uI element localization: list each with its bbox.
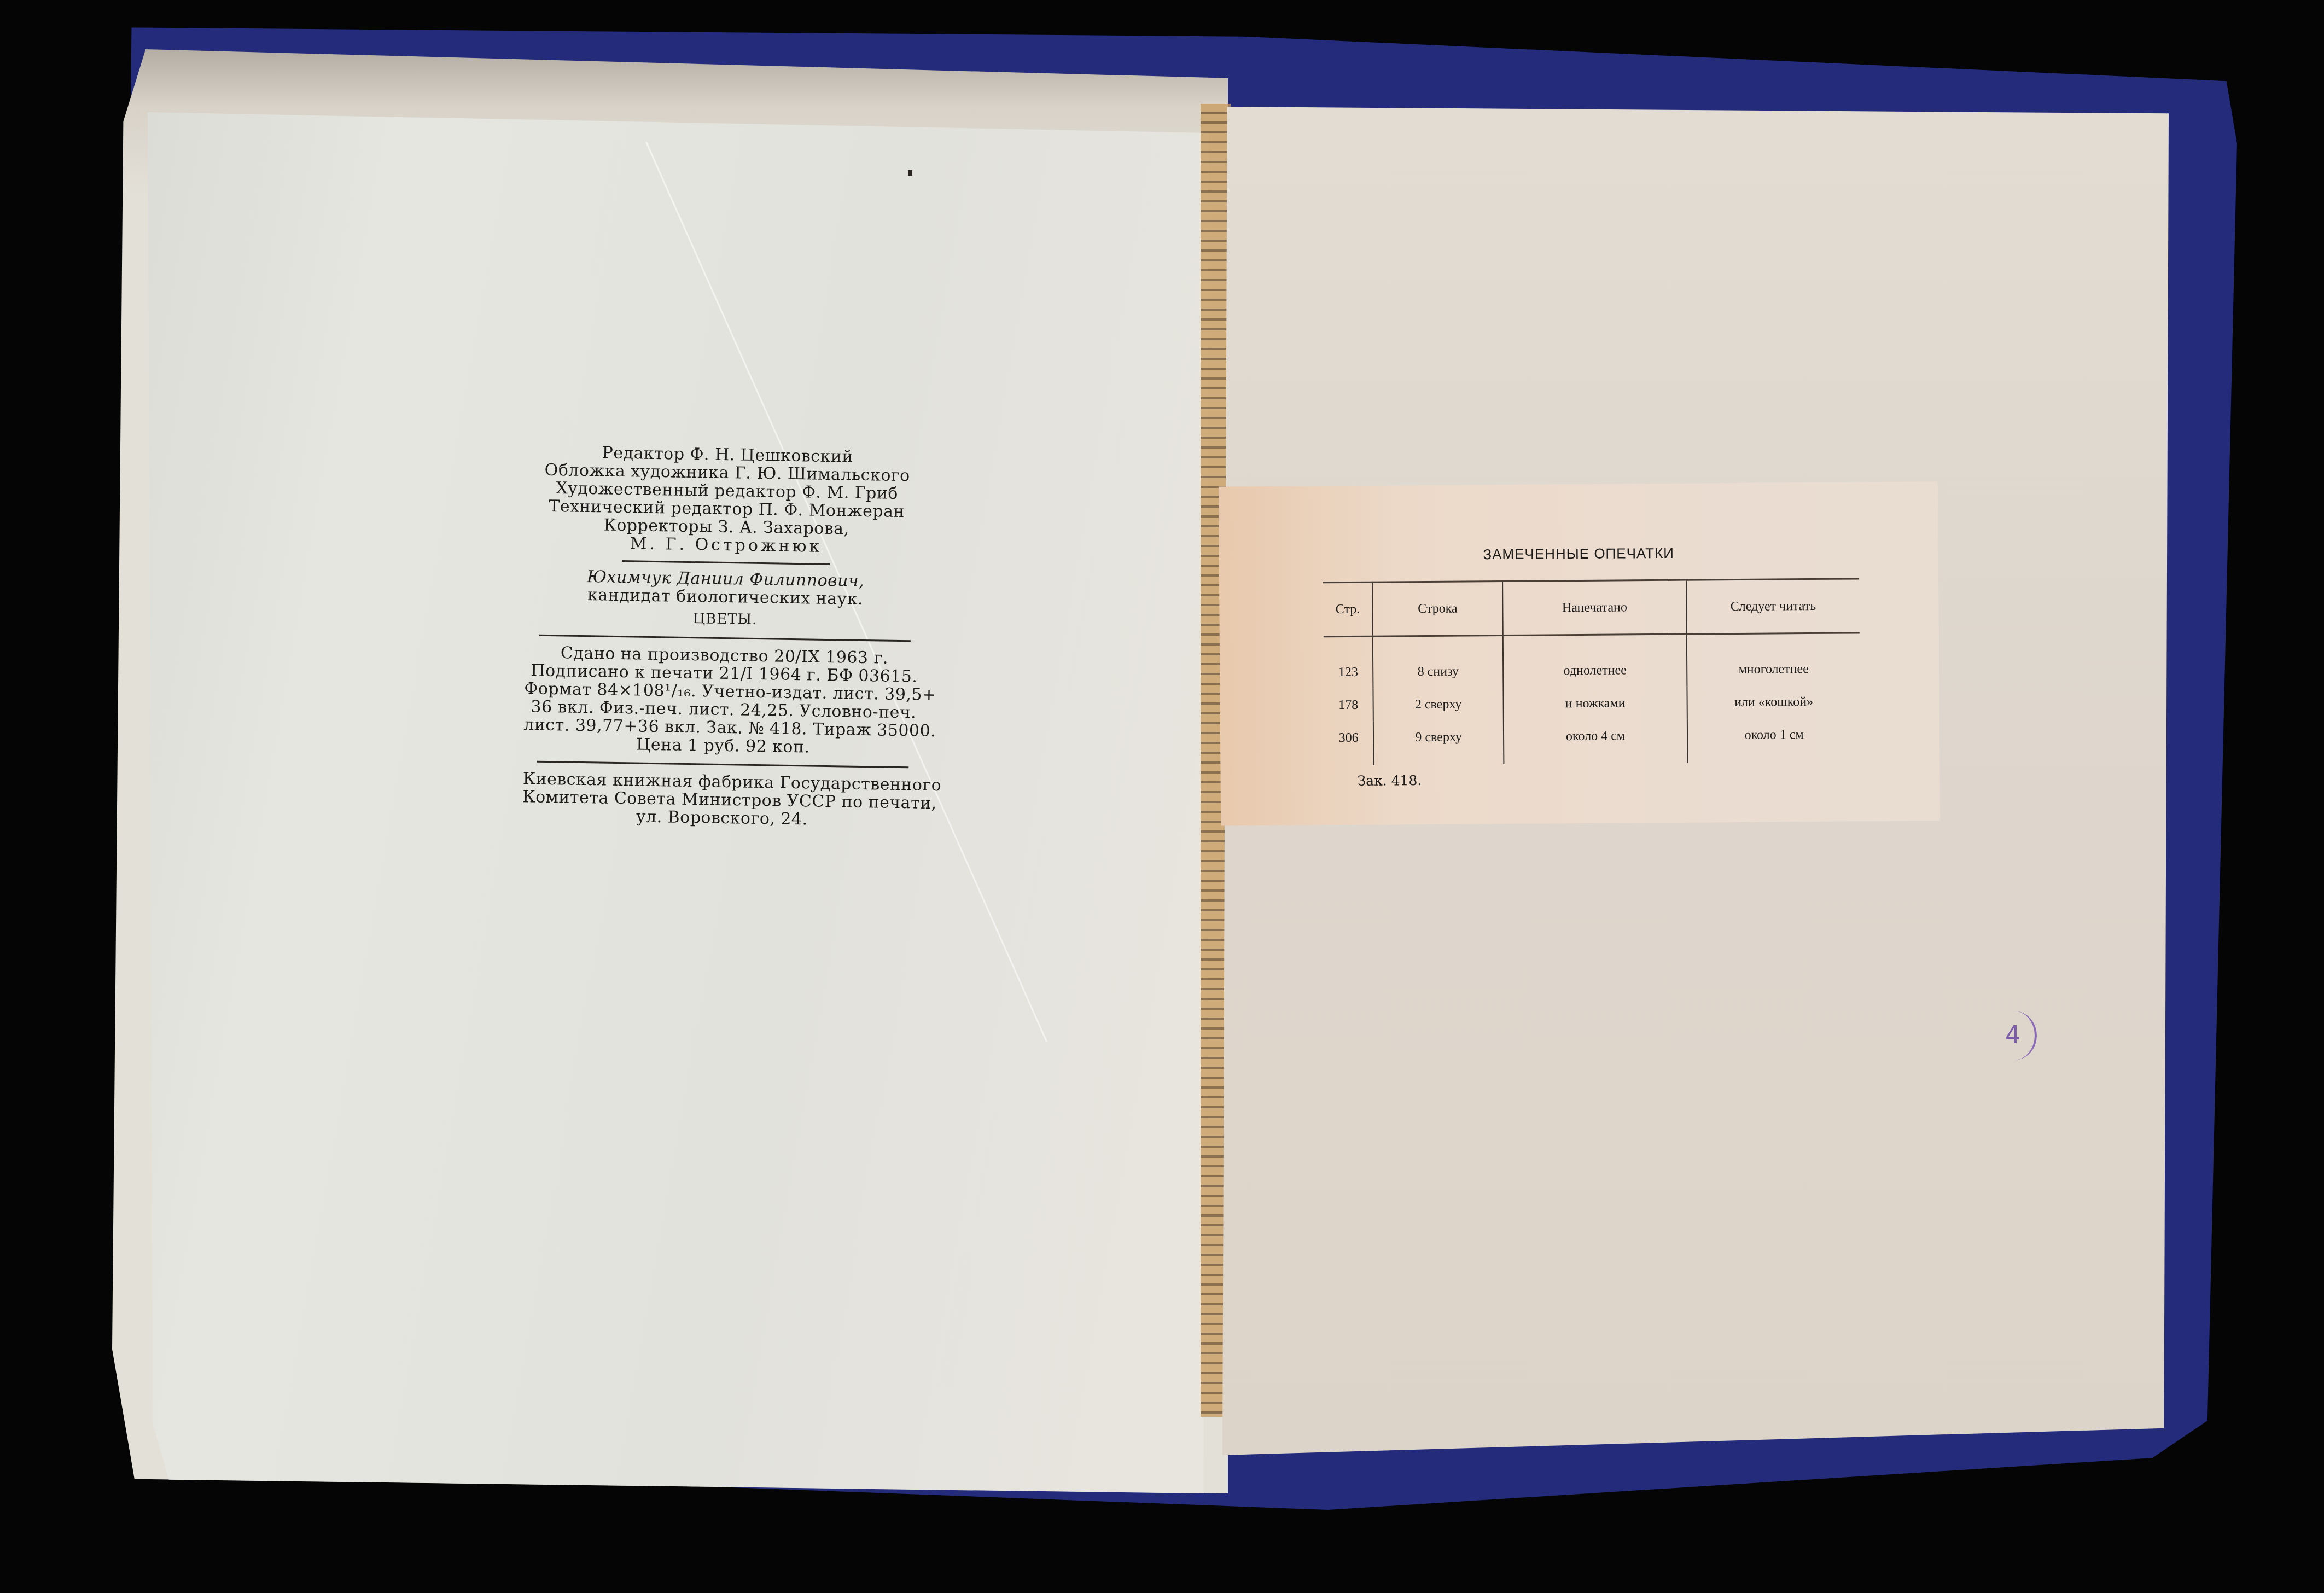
cell-line: 9 сверху: [1373, 720, 1504, 765]
divider: [622, 560, 830, 565]
column-header-printed: Напечатано: [1502, 580, 1687, 635]
column-header-line: Строка: [1372, 581, 1502, 636]
cell-printed: однолетнее: [1503, 634, 1687, 688]
cell-page: 306: [1324, 722, 1374, 766]
cell-printed: и ножками: [1503, 687, 1687, 720]
cell-line: 8 снизу: [1373, 635, 1503, 688]
errata-table: Стр. Строка Напечатано Следует читать 12…: [1323, 578, 1860, 765]
ink-speck: [908, 170, 912, 176]
table-row: 178 2 сверху и ножками или «кошкой»: [1324, 685, 1860, 722]
printer-block: Киевская книжная фабрика Государственног…: [522, 770, 922, 830]
cell-page: 178: [1324, 689, 1373, 722]
divider: [539, 635, 911, 642]
colophon: Редактор Ф. Н. Цешковский Обложка художн…: [522, 443, 928, 830]
cell-page: 123: [1324, 636, 1373, 689]
column-header-should-read: Следует читать: [1686, 579, 1860, 634]
divider: [537, 761, 908, 769]
errata-slip: ЗАМЕЧЕННЫЕ ОПЕЧАТКИ Стр. Строка Напечата…: [1219, 481, 1940, 825]
cell-printed: около 4 см: [1504, 719, 1688, 764]
column-header-page: Стр.: [1323, 582, 1373, 637]
cell-should-read: около 1 см: [1687, 718, 1861, 763]
imprint-block: Сдано на производство 20/IX 1963 г. Подп…: [523, 643, 924, 758]
book-title: ЦВЕТЫ.: [525, 607, 924, 631]
table-row: 306 9 сверху около 4 см около 1 см: [1324, 718, 1861, 765]
library-stamp: 4: [1991, 1011, 2037, 1060]
table-row: 123 8 снизу однолетнее многолетнее: [1324, 633, 1860, 689]
credits-block: Редактор Ф. Н. Цешковский Обложка художн…: [526, 443, 927, 557]
cell-should-read: многолетнее: [1687, 633, 1860, 687]
order-number: Зак. 418.: [1358, 772, 1422, 789]
errata-title: ЗАМЕЧЕННЫЕ ОПЕЧАТКИ: [1219, 543, 1938, 565]
errata-header-row: Стр. Строка Напечатано Следует читать: [1323, 579, 1860, 637]
cell-should-read: или «кошкой»: [1687, 685, 1860, 719]
cell-line: 2 сверху: [1373, 688, 1504, 722]
